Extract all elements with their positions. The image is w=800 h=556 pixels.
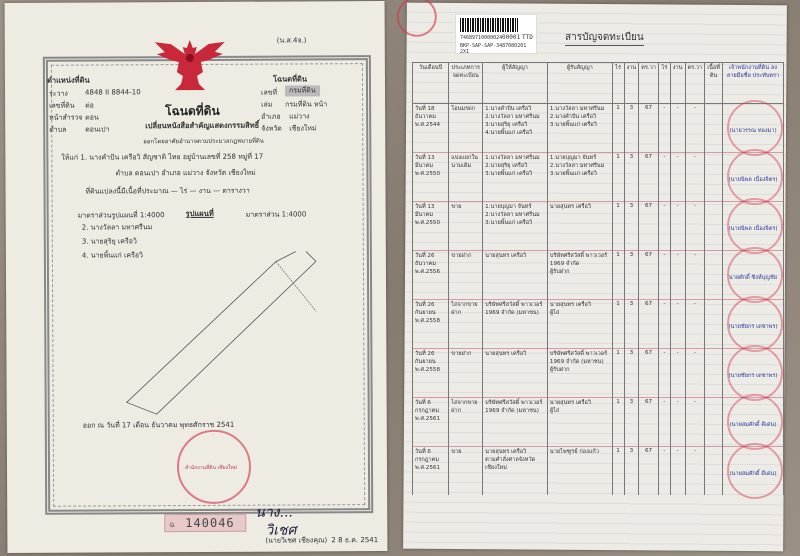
cell-grantee: นายสุนทร เครือวิ: [547, 202, 612, 251]
col-official: เจ้าพนักงานที่ดิน ลงลายมือชื่อ ประทับตรา: [723, 63, 784, 104]
cell-date-line: พ.ศ.2558: [415, 366, 446, 374]
cell-remain: -: [658, 300, 670, 349]
field-label: เลขที่: [261, 88, 277, 99]
cell-area: 1: [612, 300, 624, 349]
cell-date: วันที่ 13มีนาคมพ.ศ.2550: [413, 153, 449, 202]
cell-official: (นายชัยกร เดชาพร): [723, 349, 784, 398]
barcode-line2: BKP-SAP-SAP-3487080201 2X1: [460, 43, 536, 55]
cell-date-line: พ.ศ.2550: [415, 219, 446, 227]
table-row: วันที่ 26ธันวาคมพ.ศ.2556ขายฝากนายสุนทร เ…: [413, 251, 784, 300]
cell-remain: -: [658, 398, 670, 447]
cell-remain: -: [685, 300, 705, 349]
cell-grantee: บริษัทศรีสวัสดิ์ พาวเวอร์1969 จำกัด (มหา…: [547, 349, 612, 398]
official-name: (นายชัยกร เดชาพร): [725, 323, 781, 331]
cell-official: นายศักดิ์ ซิงห์บุญชัย: [723, 251, 784, 300]
cell-grantee-line: ผู้ไถ่: [550, 309, 610, 317]
cell-grantor: นายสุนทร เครือวิ: [483, 251, 548, 300]
cell-grantor-line: ตามคำสั่งศาลจังหวัดเชียงใหม่: [485, 456, 545, 472]
field-value: แม่วาง: [289, 111, 309, 122]
cell-grantor-line: 1969 จำกัด (มหาชน): [485, 407, 545, 415]
field-value: 4848 II 8844-10: [85, 88, 141, 96]
cell-date: วันที่ 26กันยายนพ.ศ.2558: [413, 300, 449, 349]
cell-official: (นายสมศักดิ์ ดีเด่น): [723, 447, 784, 496]
cell-official: (นายชัยกร เดชาพร): [723, 300, 784, 349]
cell-date: วันที่ 6กรกฎาคมพ.ศ.2561: [413, 398, 449, 447]
cell-date: วันที่ 26กันยายนพ.ศ.2558: [413, 349, 449, 398]
corner-stamp: [397, 0, 437, 37]
col-area: เนื้อที่ดิน: [705, 63, 723, 104]
cell-type: ขายฝาก: [449, 349, 483, 398]
cell-grantee-line: นายสุนทร เครือวิ: [550, 301, 610, 309]
barcode-code: 00001: [502, 34, 520, 41]
cell-date-line: วันที่ 26: [415, 252, 446, 260]
cell-area: 67: [639, 349, 659, 398]
cell-area-total: [705, 349, 723, 398]
cell-grantor-line: 1969 จำกัด (มหาชน): [485, 309, 545, 317]
cell-grantee-line: ผู้ไถ่: [550, 407, 610, 415]
field-label: เลขที่ดิน: [49, 101, 74, 112]
field-value: ตอน: [85, 113, 99, 124]
cell-date-line: พ.ศ.2550: [415, 170, 446, 178]
cell-type: ขาย: [449, 447, 483, 496]
cell-type: ขายฝาก: [449, 251, 483, 300]
cell-remain: -: [658, 153, 670, 202]
deed-title: โฉนดที่ดิน: [165, 102, 220, 121]
official-date: 2 8 ธ.ค. 2541: [331, 535, 378, 546]
cell-grantee: 1.นางวัลลา มหาศรีนม2.นางคำปัน เครือวิ3.น…: [547, 104, 612, 153]
cell-remain: -: [670, 251, 685, 300]
official-name: นายศักดิ์ ซิงห์บุญชัย: [725, 274, 781, 282]
cell-grantor-line: 3.นายสุริยุ เครือวิ: [485, 121, 545, 129]
table-row: วันที่ 13มีนาคมพ.ศ.2550ขาย1.นายบุญมา จัน…: [413, 202, 784, 251]
cell-grantor: บริษัทศรีสวัสดิ์ พาวเวอร์1969 จำกัด (มหา…: [483, 398, 548, 447]
official-name: (นายนิพล เนื่องจิตร): [725, 176, 781, 184]
cell-grantor-line: 2.นางวัลลา มหาศรีนม: [485, 113, 545, 121]
cell-date-line: กรกฎาคม: [415, 407, 446, 415]
cell-date: วันที่ 18ธันวาคมพ.ศ.2544: [413, 104, 449, 153]
cell-date: วันที่ 6กรกฎาคมพ.ศ.2561: [413, 447, 449, 496]
cell-remain: -: [658, 349, 670, 398]
registration-table: วันเดือนปี ประเภทการจดทะเบียน ผู้ให้สัญญ…: [412, 62, 784, 495]
cell-date: วันที่ 26ธันวาคมพ.ศ.2556: [413, 251, 449, 300]
cell-area: 3: [624, 153, 639, 202]
official-name: (นายนิพล เนื่องจิตร): [725, 225, 781, 233]
cell-date-line: วันที่ 18: [415, 105, 446, 113]
cell-remain: -: [685, 447, 705, 496]
field-value: เชียงใหม่: [289, 123, 316, 134]
header-deed: โฉนดที่ดิน: [273, 73, 307, 85]
col-ngan: งาน: [624, 63, 639, 104]
cell-date-line: พ.ศ.2558: [415, 317, 446, 325]
cell-remain: -: [670, 349, 685, 398]
cell-remain: -: [670, 300, 685, 349]
table-row: วันที่ 26กันยายนพ.ศ.2558ขายฝากนายสุนทร เ…: [413, 349, 784, 398]
land-plot-map: [96, 251, 337, 432]
col-type: ประเภทการจดทะเบียน: [449, 63, 483, 104]
cell-grantee-line: บริษัทศรีสวัสดิ์ พาวเวอร์: [550, 350, 610, 358]
col-date: วันเดือนปี: [413, 63, 449, 104]
cell-date-line: วันที่ 26: [415, 301, 446, 309]
barcode-label: 74689710000024 00001 TTD BKP-SAP-SAP-348…: [455, 14, 537, 54]
field-label: จังหวัด: [261, 124, 282, 135]
cell-date-line: ธันวาคม: [415, 113, 446, 121]
cell-date-line: พ.ศ.2544: [415, 121, 446, 129]
cell-remain: -: [670, 153, 685, 202]
cell-grantor-line: 4.นายพิ้นแก่ เครือวิ: [485, 129, 545, 137]
cell-grantee: นายสุนทร เครือวิผู้ไถ่: [547, 398, 612, 447]
col-grantor: ผู้ให้สัญญา: [483, 63, 548, 104]
cell-date: วันที่ 13มีนาคมพ.ศ.2550: [413, 202, 449, 251]
cell-grantee-line: นายไพฑูรย์ ก่องแก้ว: [550, 448, 610, 456]
cell-grantor: 1.นายบุญมา จันทร์2.นางวัลลา มหาศรีนม3.นา…: [483, 202, 548, 251]
cell-area: 67: [639, 202, 659, 251]
col-ngan-remain: งาน: [670, 63, 685, 104]
barcode-line1: 74689710000024: [460, 35, 502, 41]
official-name: (นายวรรณ ทองมา): [725, 127, 781, 135]
cell-date-line: วันที่ 6: [415, 448, 446, 456]
scale-right: มาตราส่วน 1:4000: [246, 209, 307, 220]
cell-grantee-line: 1969 จำกัด: [550, 260, 610, 268]
co-owner: 2. นางวัลลา มหาศรีนม: [82, 222, 153, 233]
owner-line: ให้แก่ 1. นางคำปัน เครือวิ สัญชาติ ไทย อ…: [61, 152, 263, 164]
area-line: ที่ดินแปลงนี้มีเนื้อที่ประมาณ — ไร่ — งา…: [86, 186, 250, 198]
field-value: กรมที่ดิน: [285, 85, 320, 96]
garuda-emblem-icon: [153, 38, 227, 92]
cell-remain: -: [670, 447, 685, 496]
col-wa-remain: ตร.วา: [685, 63, 705, 104]
cell-grantee: บริษัทศรีสวัสดิ์ พาวเวอร์1969 จำกัดผู้รั…: [547, 251, 612, 300]
cell-area: 3: [624, 104, 639, 153]
field-value: กรมที่ดิน หน้า: [285, 99, 327, 110]
cell-date-line: วันที่ 26: [415, 350, 446, 358]
cell-grantee-line: 2.นางวัลลา มหาศรีนม: [550, 162, 610, 170]
col-rai-remain: ไร่: [658, 63, 670, 104]
cell-area: 3: [624, 447, 639, 496]
cell-area: 3: [624, 251, 639, 300]
table-row: วันที่ 26กันยายนพ.ศ.2558ไถ่จากขายฝากบริษ…: [413, 300, 784, 349]
cell-date-line: วันที่ 13: [415, 203, 446, 211]
cell-area-total: [705, 447, 723, 496]
scale-left: มาตราส่วนรูปแผนที่ 1:4000: [78, 210, 165, 221]
cell-date-line: วันที่ 6: [415, 399, 446, 407]
cell-area-total: [705, 104, 723, 153]
cell-grantee: นายไพฑูรย์ ก่องแก้ว: [547, 447, 612, 496]
table-header: วันเดือนปี ประเภทการจดทะเบียน ผู้ให้สัญญ…: [413, 63, 784, 104]
cell-type: ไถ่จากขายฝาก: [449, 300, 483, 349]
cell-grantee-line: 2.นางคำปัน เครือวิ: [550, 113, 610, 121]
cell-grantor: 1.นางวัลลา มหาศรีนม2.นายสุริยุ เครือวิ3.…: [483, 153, 548, 202]
col-rai: ไร่: [612, 63, 624, 104]
title-deed-front: (น.ส.4จ.) ตำแหน่งที่ดิน โฉนดที่ดิน ระวาง…: [5, 1, 388, 553]
cell-remain: -: [685, 104, 705, 153]
cell-grantor-line: 1.นางวัลลา มหาศรีนม: [485, 154, 545, 162]
cell-date-line: วันที่ 13: [415, 154, 446, 162]
header-location: ตำแหน่งที่ดิน: [47, 75, 90, 87]
cell-remain: -: [670, 202, 685, 251]
cell-area: 3: [624, 398, 639, 447]
barcode-suffix: TTD: [522, 34, 533, 41]
cell-grantor-line: นายสุนทร เครือวิ: [485, 252, 545, 260]
field-label: เล่ม: [261, 100, 272, 111]
cell-area: 1: [612, 251, 624, 300]
deed-authority: ออกโดยอาศัยอำนาจตามประมวลกฎหมายที่ดิน: [143, 136, 264, 147]
cell-area-total: [705, 398, 723, 447]
official-name: (นายวิเชศ เชียงคุณ): [265, 535, 327, 546]
col-grantee: ผู้รับสัญญา: [547, 63, 612, 104]
cell-grantee-line: ผู้รับฝาก: [550, 268, 610, 276]
cell-grantee-line: บริษัทศรีสวัสดิ์ พาวเวอร์: [550, 252, 610, 260]
cell-grantor-line: นายสุนทร เครือวิ: [485, 448, 545, 456]
register-title: สารบัญจดทะเบียน: [565, 30, 644, 46]
cell-remain: -: [685, 398, 705, 447]
seal-text: สำนักงานที่ดิน เชียงใหม่: [185, 464, 237, 472]
cell-date-line: ธันวาคม: [415, 260, 446, 268]
cell-grantor-line: 1.นายบุญมา จันทร์: [485, 203, 545, 211]
cell-type: โอนมรดก: [449, 104, 483, 153]
table-row: วันที่ 6กรกฎาคมพ.ศ.2561ขายนายสุนทร เครือ…: [413, 447, 784, 496]
field-label: อำเภอ: [261, 112, 280, 123]
cell-official: (นายนิพล เนื่องจิตร): [723, 153, 784, 202]
cell-grantee-line: 3.นายพิ้นแก่ เครือวิ: [550, 121, 610, 129]
cell-grantor-line: 3.นายพิ้นแก่ เครือวิ: [485, 170, 545, 178]
table-row: วันที่ 13มีนาคมพ.ศ.2550แบ่งแยกในนามเดิม1…: [413, 153, 784, 202]
form-number: (น.ส.4จ.): [277, 35, 307, 46]
official-name: (นายสมศักดิ์ ดีเด่น): [725, 470, 781, 478]
cell-area-total: [705, 153, 723, 202]
cell-grantee: 1.นายบุญมา จันทร์2.นางวัลลา มหาศรีนม3.นา…: [547, 153, 612, 202]
cell-grantor: 1.นางคำปัน เครือวิ2.นางวัลลา มหาศรีนม3.น…: [483, 104, 548, 153]
cell-date-line: กรกฎาคม: [415, 456, 446, 464]
cell-date-line: พ.ศ.2556: [415, 268, 446, 276]
cell-type: ไถ่จากขายฝาก: [449, 398, 483, 447]
cell-grantor-line: 3.นายพิ้นแก่ เครือวิ: [485, 219, 545, 227]
cell-area: 67: [639, 104, 659, 153]
co-owner: 3. นายสุริยุ เครือวิ: [82, 236, 137, 247]
cell-area-total: [705, 202, 723, 251]
cell-date-line: มีนาคม: [415, 162, 446, 170]
cell-official: (นายวรรณ ทองมา): [723, 104, 784, 153]
serial-prefix: ฉ: [169, 518, 175, 531]
cell-type: แบ่งแยกในนามเดิม: [449, 153, 483, 202]
cell-area: 3: [624, 300, 639, 349]
cell-area: 1: [612, 349, 624, 398]
cell-type: ขาย: [449, 202, 483, 251]
cell-remain: -: [670, 104, 685, 153]
cell-official: (นายสมศักดิ์ ดีเด่น): [723, 398, 784, 447]
cell-area-total: [705, 300, 723, 349]
cell-area: 1: [612, 447, 624, 496]
cell-grantor: นายสุนทร เครือวิตามคำสั่งศาลจังหวัดเชียง…: [483, 447, 548, 496]
col-wa: ตร.วา: [639, 63, 659, 104]
cell-area: 1: [612, 398, 624, 447]
cell-area: 67: [639, 300, 659, 349]
cell-grantee-line: นายสุนทร เครือวิ: [550, 399, 610, 407]
cell-area: 1: [612, 202, 624, 251]
cell-grantee-line: 3.นายพิ้นแก่ เครือวิ: [550, 170, 610, 178]
cell-grantor-line: 1.นางคำปัน เครือวิ: [485, 105, 545, 113]
cell-remain: -: [658, 104, 670, 153]
plot-heading: รูปแผนที่: [186, 208, 214, 220]
field-label: ระวาง: [49, 89, 68, 100]
cell-date-line: มีนาคม: [415, 211, 446, 219]
cell-grantor: บริษัทศรีสวัสดิ์ พาวเวอร์1969 จำกัด (มหา…: [483, 300, 548, 349]
cell-grantor-line: 2.นายสุริยุ เครือวิ: [485, 162, 545, 170]
cell-area: 67: [639, 153, 659, 202]
barcode-icon: [460, 18, 518, 32]
cell-remain: -: [658, 202, 670, 251]
cell-remain: -: [685, 153, 705, 202]
cell-area: 3: [624, 202, 639, 251]
cell-area: 67: [639, 398, 659, 447]
cell-date-line: กันยายน: [415, 309, 446, 317]
cell-grantee-line: 1.นายบุญมา จันทร์: [550, 154, 610, 162]
serial-box: ฉ 140046: [164, 514, 246, 532]
cell-date-line: พ.ศ.2561: [415, 464, 446, 472]
land-office-seal: สำนักงานที่ดิน เชียงใหม่: [177, 430, 251, 504]
cell-grantee: นายสุนทร เครือวิผู้ไถ่: [547, 300, 612, 349]
cell-remain: -: [670, 398, 685, 447]
cell-remain: -: [658, 251, 670, 300]
cell-remain: -: [658, 447, 670, 496]
cell-grantor-line: บริษัทศรีสวัสดิ์ พาวเวอร์: [485, 301, 545, 309]
cell-remain: -: [685, 202, 705, 251]
official-name: (นายสมศักดิ์ ดีเด่น): [725, 421, 781, 429]
cell-area: 1: [612, 104, 624, 153]
cell-grantor-line: 2.นางวัลลา มหาศรีนม: [485, 211, 545, 219]
cell-area: 3: [624, 349, 639, 398]
cell-date-line: พ.ศ.2561: [415, 415, 446, 423]
cell-grantee-line: 1.นางวัลลา มหาศรีนม: [550, 105, 610, 113]
cell-date-line: กันยายน: [415, 358, 446, 366]
cell-grantee-line: นายสุนทร เครือวิ: [550, 203, 610, 211]
cell-grantee-line: ผู้รับฝาก: [550, 366, 610, 374]
table-row: วันที่ 6กรกฎาคมพ.ศ.2561ไถ่จากขายฝากบริษั…: [413, 398, 784, 447]
cell-area: 67: [639, 251, 659, 300]
field-label: หน้าสำรวจ: [49, 113, 82, 124]
field-value: ดอนเปา: [85, 124, 109, 135]
official-name: (นายชัยกร เดชาพร): [725, 372, 781, 380]
cell-grantee-line: 1969 จำกัด (มหาชน): [550, 358, 610, 366]
cell-area: 1: [612, 153, 624, 202]
cell-remain: -: [685, 349, 705, 398]
cell-grantor-line: นายสุนทร เครือวิ: [485, 350, 545, 358]
cell-grantor: นายสุนทร เครือวิ: [483, 349, 548, 398]
cell-grantor-line: บริษัทศรีสวัสดิ์ พาวเวอร์: [485, 399, 545, 407]
serial-number: 140046: [185, 516, 234, 530]
table-row: วันที่ 18ธันวาคมพ.ศ.2544โอนมรดก1.นางคำปั…: [413, 104, 784, 153]
cell-official: (นายนิพล เนื่องจิตร): [723, 202, 784, 251]
address-line: ตำบล ดอนเปา อำเภอ แม่วาง จังหวัด เชียงให…: [115, 168, 255, 180]
cell-area: 67: [639, 447, 659, 496]
cell-remain: -: [685, 251, 705, 300]
field-label: ตำบล: [49, 125, 66, 136]
deed-subtitle: เปลี่ยนหนังสือสำคัญแสดงกรรมสิทธิ์: [145, 120, 259, 133]
cell-area-total: [705, 251, 723, 300]
field-value: ต่อ: [85, 101, 94, 112]
